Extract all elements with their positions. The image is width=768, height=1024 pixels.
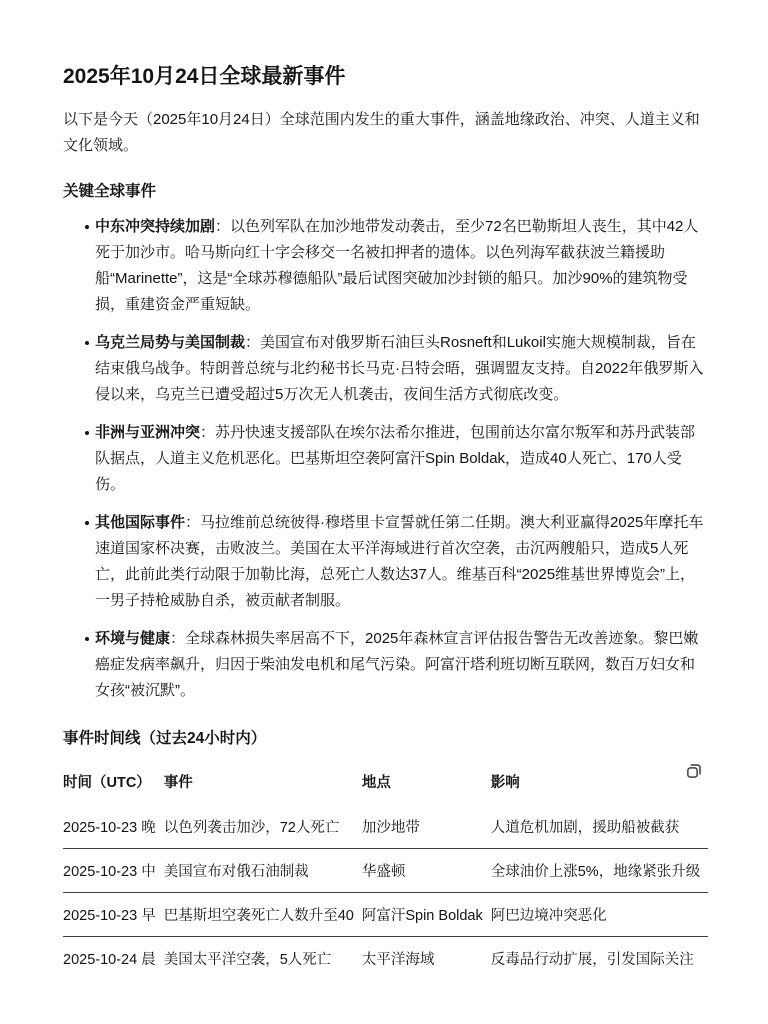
cell-location: 加沙地带 xyxy=(362,805,491,849)
event-entry: 中东冲突持续加剧：以色列军队在加沙地带发动袭击，至少72名巴勒斯坦人丧生，其中4… xyxy=(95,218,698,313)
cell-location: 阿富汗Spin Boldak xyxy=(362,893,491,937)
table-row: 2025-10-23 晚 以色列袭击加沙，72人死亡 加沙地带 人道危机加剧，援… xyxy=(63,805,708,849)
cell-impact: 阿巴边境冲突恶化 xyxy=(491,893,708,937)
bullet-icon xyxy=(85,341,89,345)
cell-impact: 人道危机加剧，援助船被截获 xyxy=(491,805,708,849)
timeline-heading: 事件时间线（过去24小时内） xyxy=(63,728,705,750)
cell-time: 2025-10-23 晚 xyxy=(63,805,164,849)
event-category: 乌克兰局势与美国制裁 xyxy=(95,334,245,351)
cell-impact: 全球油价上涨5%，地缘紧张升级 xyxy=(491,849,708,893)
cell-location: 太平洋海域 xyxy=(362,937,491,981)
timeline-table-container: 时间（UTC） 事件 地点 影响 2025-10-23 晚 以色列袭击加沙，72… xyxy=(63,758,705,980)
event-entry: 环境与健康：全球森林损失率居高不下，2025年森林宣言评估报告警告无改善迹象。黎… xyxy=(95,630,698,699)
intro-paragraph: 以下是今天（2025年10月24日）全球范围内发生的重大事件，涵盖地缘政治、冲突… xyxy=(63,107,705,159)
list-item: 中东冲突持续加剧：以色列军队在加沙地带发动袭击，至少72名巴勒斯坦人丧生，其中4… xyxy=(63,214,705,318)
table-row: 2025-10-24 晨 美国太平洋空袭，5人死亡 太平洋海域 反毒品行动扩展，… xyxy=(63,937,708,981)
list-item: 其他国际事件：马拉维前总统彼得·穆塔里卡宣誓就任第二任期。澳大利亚赢得2025年… xyxy=(63,510,705,614)
table-row: 2025-10-23 中 美国宣布对俄石油制裁 华盛顿 全球油价上涨5%，地缘紧… xyxy=(63,849,708,893)
event-entry: 非洲与亚洲冲突：苏丹快速支援部队在埃尔法希尔推进，包围前达尔富尔叛军和苏丹武装部… xyxy=(95,424,695,493)
bullet-icon xyxy=(85,431,89,435)
cell-time: 2025-10-23 中 xyxy=(63,849,164,893)
key-events-list: 中东冲突持续加剧：以色列军队在加沙地带发动袭击，至少72名巴勒斯坦人丧生，其中4… xyxy=(63,214,705,704)
cell-time: 2025-10-23 早 xyxy=(63,893,164,937)
column-header-impact: 影响 xyxy=(491,758,708,805)
event-text: ：全球森林损失率居高不下，2025年森林宣言评估报告警告无改善迹象。黎巴嫩癌症发… xyxy=(95,630,698,699)
event-entry: 乌克兰局势与美国制裁：美国宣布对俄罗斯石油巨头Rosneft和Lukoil实施大… xyxy=(95,334,703,403)
table-row: 2025-10-23 早 巴基斯坦空袭死亡人数升至40 阿富汗Spin Bold… xyxy=(63,893,708,937)
cell-location: 华盛顿 xyxy=(362,849,491,893)
event-category: 其他国际事件 xyxy=(95,514,185,531)
column-header-event: 事件 xyxy=(164,758,362,805)
event-category: 中东冲突持续加剧 xyxy=(95,218,215,235)
list-item: 乌克兰局势与美国制裁：美国宣布对俄罗斯石油巨头Rosneft和Lukoil实施大… xyxy=(63,330,705,408)
column-header-location: 地点 xyxy=(362,758,491,805)
bullet-icon xyxy=(85,225,89,229)
table-header-row: 时间（UTC） 事件 地点 影响 xyxy=(63,758,708,805)
list-item: 非洲与亚洲冲突：苏丹快速支援部队在埃尔法希尔推进，包围前达尔富尔叛军和苏丹武装部… xyxy=(63,420,705,498)
event-category: 非洲与亚洲冲突 xyxy=(95,424,200,441)
column-header-time: 时间（UTC） xyxy=(63,758,164,805)
event-entry: 其他国际事件：马拉维前总统彼得·穆塔里卡宣誓就任第二任期。澳大利亚赢得2025年… xyxy=(95,514,703,609)
cell-event: 巴基斯坦空袭死亡人数升至40 xyxy=(164,893,362,937)
cell-event: 美国太平洋空袭，5人死亡 xyxy=(164,937,362,981)
cell-time: 2025-10-24 晨 xyxy=(63,937,164,981)
timeline-table: 时间（UTC） 事件 地点 影响 2025-10-23 晚 以色列袭击加沙，72… xyxy=(63,758,708,980)
page-title: 2025年10月24日全球最新事件 xyxy=(63,62,705,92)
document-page: 2025年10月24日全球最新事件 以下是今天（2025年10月24日）全球范围… xyxy=(0,0,768,980)
list-item: 环境与健康：全球森林损失率居高不下，2025年森林宣言评估报告警告无改善迹象。黎… xyxy=(63,626,705,704)
cell-impact: 反毒品行动扩展，引发国际关注 xyxy=(491,937,708,981)
cell-event: 美国宣布对俄石油制裁 xyxy=(164,849,362,893)
key-events-heading: 关键全球事件 xyxy=(63,181,705,203)
event-category: 环境与健康 xyxy=(95,630,170,647)
copy-table-button[interactable] xyxy=(683,760,705,782)
cell-event: 以色列袭击加沙，72人死亡 xyxy=(164,805,362,849)
copy-icon xyxy=(685,762,703,780)
event-text: ：马拉维前总统彼得·穆塔里卡宣誓就任第二任期。澳大利亚赢得2025年摩托车速道国… xyxy=(95,514,703,609)
bullet-icon xyxy=(85,637,89,641)
bullet-icon xyxy=(85,521,89,525)
